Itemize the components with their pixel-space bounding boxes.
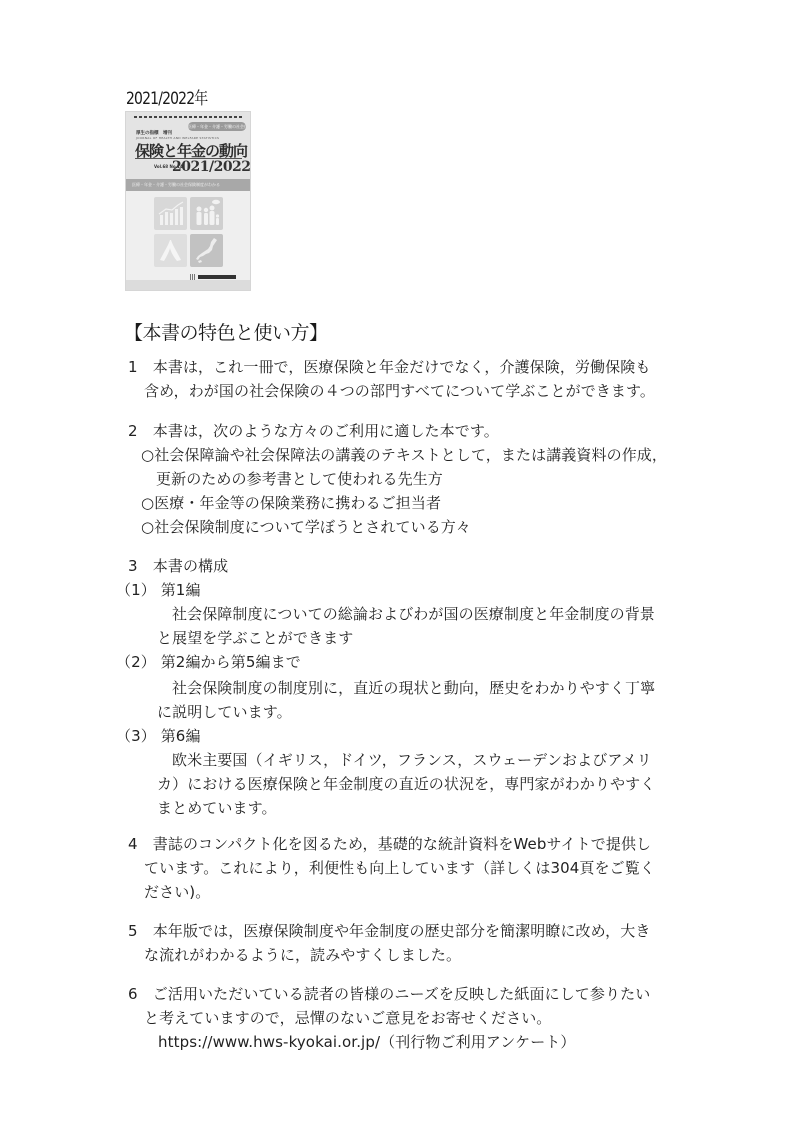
body-text-line: に説明しています。 xyxy=(157,702,292,722)
survey-url-line[interactable]: https://www.hws-kyokai.or.jp/（刊行物ご利用アンケー… xyxy=(158,1032,576,1052)
body-text-line: 更新のための参考書として使われる先生方 xyxy=(156,469,443,489)
body-text-line: （3） 第6編 xyxy=(116,726,201,746)
cover-speech-bubble: 医療・年金・介護・労働の社会保険を網羅 xyxy=(188,122,246,131)
cover-year: 2021/2022 xyxy=(172,159,251,175)
hands-icon xyxy=(154,234,187,267)
body-text-line: ています。これにより，利便性も向上しています（詳しくは304頁をご覧く xyxy=(144,858,655,878)
body-text-line: ○社会保険制度について学ぼうとされている方々 xyxy=(141,517,471,537)
body-text-line: まとめています。 xyxy=(157,798,277,818)
body-text-line: 4 書誌のコンパクト化を図るため，基礎的な統計資料をWebサイトで提供し xyxy=(128,834,651,854)
japan-map-icon xyxy=(190,234,223,267)
cover-top-strip xyxy=(134,116,242,118)
body-text-line: 2 本書は，次のような方々のご利用に適した本です。 xyxy=(128,421,499,441)
family-icon xyxy=(190,197,223,230)
body-text-line: と考えていますので，忌憚のないご意見をお寄せください。 xyxy=(144,1008,551,1028)
bar-chart-icon xyxy=(154,197,187,230)
body-text-line: 欧米主要国（イギリス，ドイツ，フランス，スウェーデンおよびアメリ xyxy=(172,750,652,770)
body-text-line: カ）における医療保険と年金制度の直近の状況を，専門家がわかりやすく xyxy=(157,774,655,794)
cover-footer-strip xyxy=(126,280,250,290)
body-text-line: 6 ご活用いただいている読者の皆様のニーズを反映した紙面にして参りたい xyxy=(128,984,650,1004)
body-text-line: 社会保障制度についての総論およびわが国の医療制度と年金制度の背景 xyxy=(172,604,655,624)
edition-year: 2021/2022年 xyxy=(126,84,207,109)
body-text-line: 1 本書は，これ一冊で，医療保険と年金だけでなく，介護保険，労働保険も xyxy=(128,357,650,377)
body-text-line: な流れがわかるように，読みやすくしました。 xyxy=(144,945,461,965)
body-text-line: と展望を学ぶことができます xyxy=(157,628,353,648)
body-text-line: ○社会保障論や社会保障法の講義のテキストとして，または講義資料の作成， xyxy=(141,445,667,465)
book-cover-image: 医療・年金・介護・労働の社会保険を網羅 厚生の指標 増刊 JOURNAL OF … xyxy=(125,111,251,291)
body-text-line: （1） 第1編 xyxy=(116,580,201,600)
body-text-line: ださい)。 xyxy=(144,882,210,902)
body-text-line: 5 本年版では，医療保険制度や年金制度の歴史部分を簡潔明瞭に改め，大き xyxy=(128,921,650,941)
body-text-line: 含め，わが国の社会保険の４つの部門すべてについて学ぶことができます。 xyxy=(144,381,655,401)
body-text-line: ○医療・年金等の保険業務に携わるご担当者 xyxy=(141,493,441,513)
cover-subtitle-band: 医療・年金・介護・労働の社会保険制度がわかる xyxy=(126,179,250,191)
body-text-line: 社会保険制度の制度別に，直近の現状と動向，歴史をわかりやすく丁寧 xyxy=(172,678,655,698)
cover-illustration-area xyxy=(126,191,250,290)
body-text-line: 3 本書の構成 xyxy=(128,556,228,576)
publisher-name xyxy=(198,275,236,279)
section-heading: 【本書の特色と使い方】 xyxy=(124,318,328,345)
body-text-line: （2） 第2編から第5編まで xyxy=(116,652,301,672)
